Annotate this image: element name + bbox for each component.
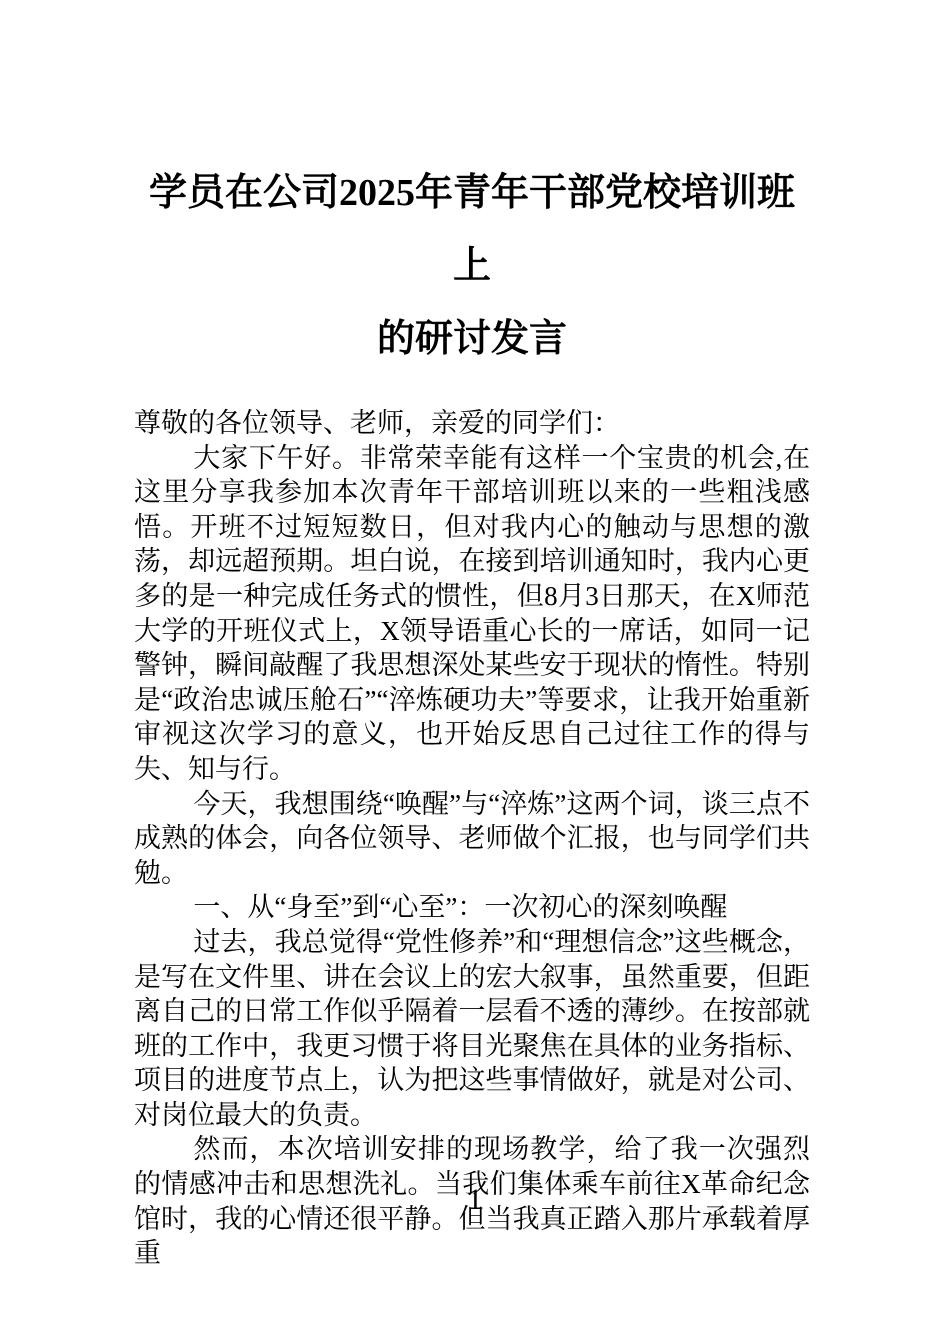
paragraph-reflection: 过去，我总觉得“党性修养”和“理想信念”这些概念，是写在文件里、讲在会议上的宏大… [134, 925, 810, 1133]
salutation-paragraph: 尊敬的各位领导、老师，亲爱的同学们： [134, 406, 810, 441]
document-title: 学员在公司2025年青年干部党校培训班上 的研讨发言 [134, 157, 810, 376]
page-footer: 1 [0, 1182, 950, 1218]
document-body: 尊敬的各位领导、老师，亲爱的同学们： 大家下午好。非常荣幸能有这样一个宝贵的机会… [134, 406, 810, 1271]
section-heading: 一、从“身至”到“心至”：一次初心的深刻唤醒 [134, 890, 810, 925]
page-number: 1 [468, 1183, 483, 1216]
document-page: 学员在公司2025年青年干部党校培训班上 的研讨发言 尊敬的各位领导、老师，亲爱… [0, 0, 950, 1344]
paragraph-opening: 大家下午好。非常荣幸能有这样一个宝贵的机会,在这里分享我参加本次青年干部培训班以… [134, 441, 810, 787]
document-title-line-1: 学员在公司2025年青年干部党校培训班上 [134, 157, 810, 303]
paragraph-overview: 今天，我想围绕“唤醒”与“淬炼”这两个词，谈三点不成熟的体会，向各位领导、老师做… [134, 787, 810, 891]
document-title-line-2: 的研讨发言 [134, 303, 810, 376]
